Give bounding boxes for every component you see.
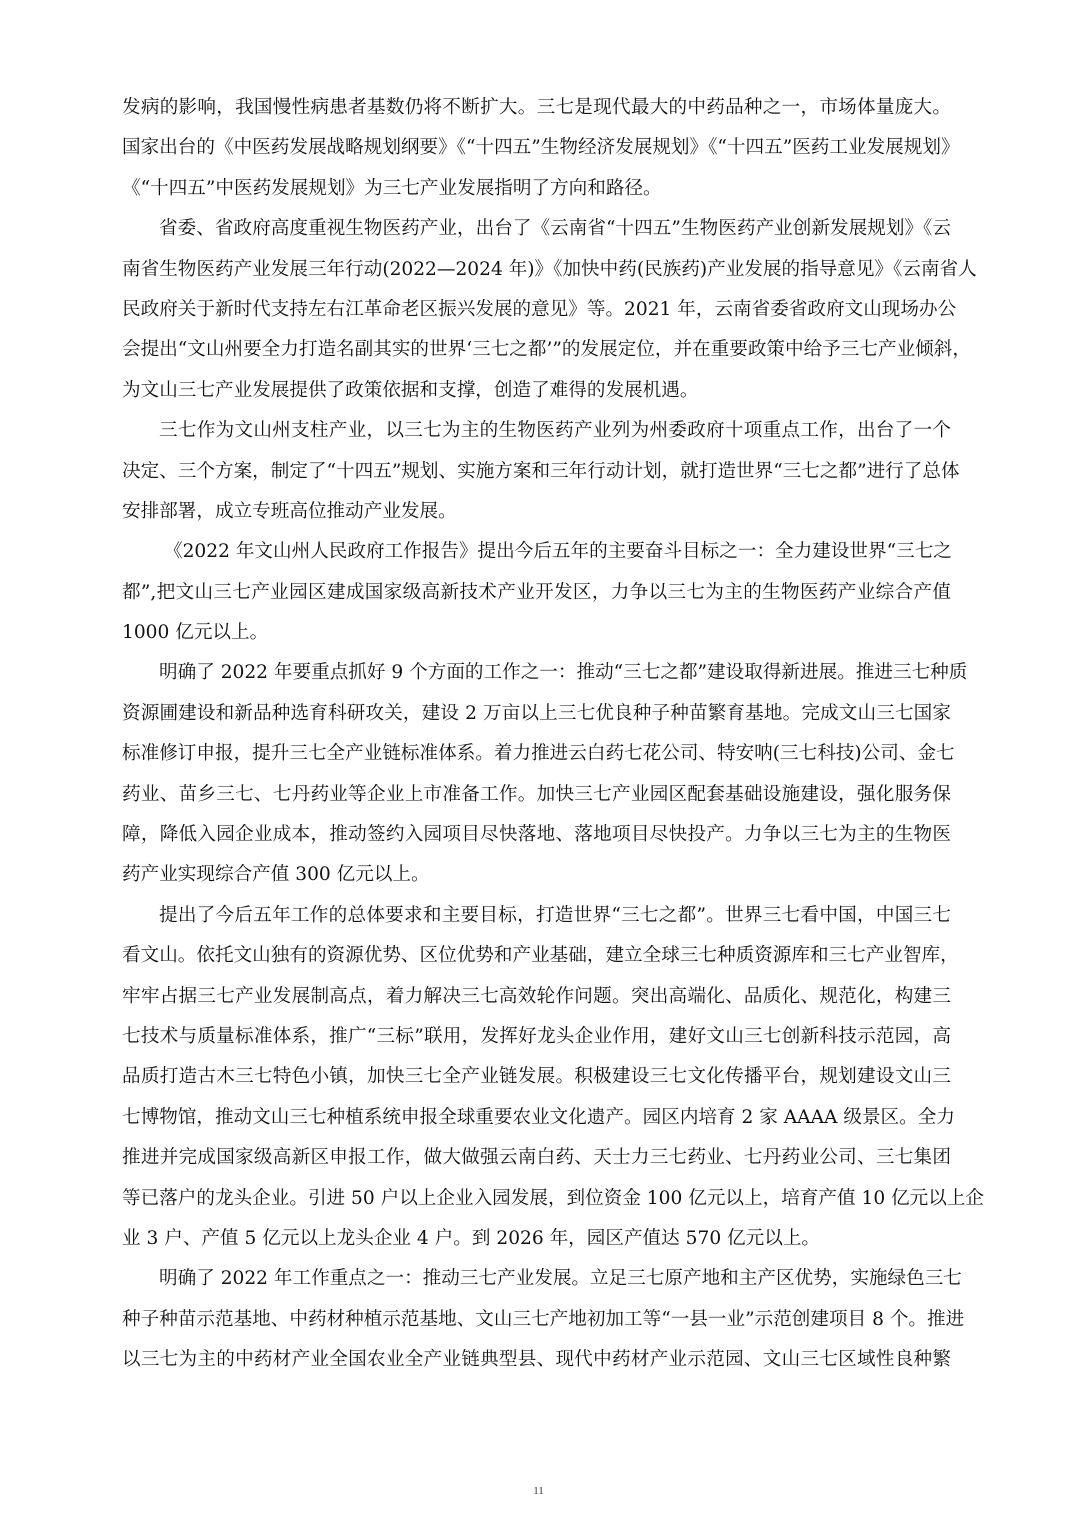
text-line: 三七作为文山州支柱产业，以三七为主的生物医药产业列为州委政府十项重点工作，出台了… xyxy=(122,411,951,451)
text-line: 明确了 2022 年要重点抓好 9 个方面的工作之一：推动“三七之都”建设取得新… xyxy=(122,653,951,693)
text-line: 发病的影响，我国慢性病患者基数仍将不断扩大。三七是现代最大的中药品种之一，市场体… xyxy=(122,88,951,128)
text-line: 七博物馆，推动文山三七种植系统申报全球重要农业文化遗产。园区内培育 2 家 AA… xyxy=(122,1098,951,1138)
text-line: 会提出“文山州要全力打造名副其实的世界‘三七之都’”的发展定位，并在重要政策中给… xyxy=(122,330,951,370)
page-number: 11 xyxy=(0,1485,1077,1497)
text-line: 提出了今后五年工作的总体要求和主要目标，打造世界“三七之都”。世界三七看中国，中… xyxy=(122,896,951,936)
text-line: 为文山三七产业发展提供了政策依据和支撑，创造了难得的发展机遇。 xyxy=(122,371,951,411)
text-line: 品质打造古木三七特色小镇，加快三七全产业链发展。积极建设三七文化传播平台，规划建… xyxy=(122,1057,951,1097)
text-line: 省委、省政府高度重视生物医药产业，出台了《云南省“十四五”生物医药产业创新发展规… xyxy=(122,209,951,249)
text-line: 1000 亿元以上。 xyxy=(122,613,951,653)
paragraph-6: 提出了今后五年工作的总体要求和主要目标，打造世界“三七之都”。世界三七看中国，中… xyxy=(122,896,951,1260)
paragraph-1: 发病的影响，我国慢性病患者基数仍将不断扩大。三七是现代最大的中药品种之一，市场体… xyxy=(122,88,951,209)
text-line: 国家出台的《中医药发展战略规划纲要》《“十四五”生物经济发展规划》《“十四五”医… xyxy=(122,128,951,168)
text-line: 看文山。依托文山独有的资源优势、区位优势和产业基础，建立全球三七种质资源库和三七… xyxy=(122,936,951,976)
text-line: 《“十四五”中医药发展规划》为三七产业发展指明了方向和路径。 xyxy=(122,169,951,209)
text-line: 决定、三个方案，制定了“十四五”规划、实施方案和三年行动计划，就打造世界“三七之… xyxy=(122,452,951,492)
text-line: 民政府关于新时代支持左右江革命老区振兴发展的意见》等。2021 年，云南省委省政… xyxy=(122,290,951,330)
paragraph-7: 明确了 2022 年工作重点之一：推动三七产业发展。立足三七原产地和主产区优势，… xyxy=(122,1259,951,1380)
text-line: 障，降低入园企业成本，推动签约入园项目尽快落地、落地项目尽快投产。力争以三七为主… xyxy=(122,815,951,855)
text-line: 牢牢占据三七产业发展制高点，着力解决三七高效轮作问题。突出高端化、品质化、规范化… xyxy=(122,977,951,1017)
text-line: 标准修订申报，提升三七全产业链标准体系。着力推进云白药七花公司、特安呐(三七科技… xyxy=(122,734,951,774)
text-line: 七技术与质量标准体系，推广“三标”联用，发挥好龙头企业作用，建好文山三七创新科技… xyxy=(122,1017,951,1057)
text-line: 资源圃建设和新品种选育科研攻关，建设 2 万亩以上三七优良种子种苗繁育基地。完成… xyxy=(122,694,951,734)
document-page: 发病的影响，我国慢性病患者基数仍将不断扩大。三七是现代最大的中药品种之一，市场体… xyxy=(0,0,1077,1524)
text-line: 南省生物医药产业发展三年行动(2022—2024 年)》《加快中药(民族药)产业… xyxy=(122,250,951,290)
paragraph-4: 《2022 年文山州人民政府工作报告》提出今后五年的主要奋斗目标之一：全力建设世… xyxy=(122,532,951,653)
paragraph-3: 三七作为文山州支柱产业，以三七为主的生物医药产业列为州委政府十项重点工作，出台了… xyxy=(122,411,951,532)
body-text: 发病的影响，我国慢性病患者基数仍将不断扩大。三七是现代最大的中药品种之一，市场体… xyxy=(122,88,951,1381)
paragraph-2: 省委、省政府高度重视生物医药产业，出台了《云南省“十四五”生物医药产业创新发展规… xyxy=(122,209,951,411)
text-line: 《2022 年文山州人民政府工作报告》提出今后五年的主要奋斗目标之一：全力建设世… xyxy=(122,532,951,572)
text-line: 业 3 户、产值 5 亿元以上龙头企业 4 户。到 2026 年，园区产值达 5… xyxy=(122,1219,951,1259)
text-line: 推进并完成国家级高新区申报工作，做大做强云南白药、天士力三七药业、七丹药业公司、… xyxy=(122,1138,951,1178)
text-line: 等已落户的龙头企业。引进 50 户以上企业入园发展，到位资金 100 亿元以上，… xyxy=(122,1179,951,1219)
text-line: 以三七为主的中药材产业全国农业全产业链典型县、现代中药材产业示范园、文山三七区域… xyxy=(122,1340,951,1380)
text-line: 安排部署，成立专班高位推动产业发展。 xyxy=(122,492,951,532)
text-line: 药业、苗乡三七、七丹药业等企业上市准备工作。加快三七产业园区配套基础设施建设，强… xyxy=(122,775,951,815)
text-line: 都”,把文山三七产业园区建成国家级高新技术产业开发区，力争以三七为主的生物医药产… xyxy=(122,573,951,613)
text-line: 种子种苗示范基地、中药材种植示范基地、文山三七产地初加工等“一县一业”示范创建项… xyxy=(122,1300,951,1340)
text-line: 药产业实现综合产值 300 亿元以上。 xyxy=(122,855,951,895)
text-line: 明确了 2022 年工作重点之一：推动三七产业发展。立足三七原产地和主产区优势，… xyxy=(122,1259,951,1299)
paragraph-5: 明确了 2022 年要重点抓好 9 个方面的工作之一：推动“三七之都”建设取得新… xyxy=(122,653,951,895)
